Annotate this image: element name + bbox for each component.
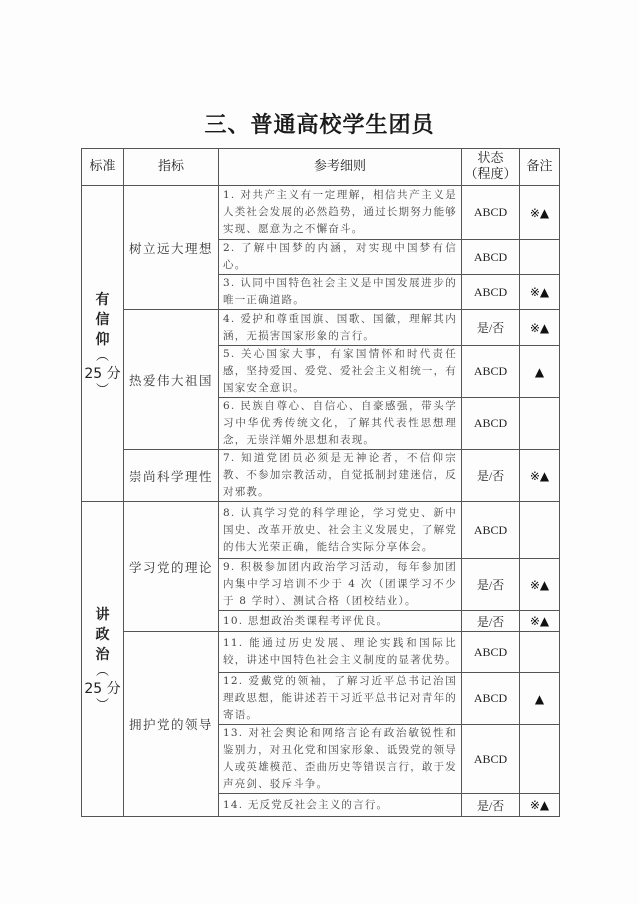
detail-cell: 8. 认真学习党的科学理论，学习党史、新中国史、改革开放史、社会主义发展史，了解…	[219, 502, 462, 559]
header-details: 参考细则	[219, 149, 462, 186]
status-cell: 是/否	[462, 611, 520, 632]
note-cell: ※▲	[520, 186, 560, 240]
table-row: 崇尚科学理性 7. 知道党团员必须是无神论者，不信仰宗教、不参加宗教活动，自觉抵…	[82, 450, 560, 502]
note-cell: ※▲	[520, 450, 560, 502]
header-indicator: 指标	[124, 149, 219, 186]
status-cell: ABCD	[462, 398, 520, 450]
indicator-cell: 拥护党的领导	[124, 632, 219, 817]
status-cell: ABCD	[462, 186, 520, 240]
detail-cell: 5. 关心国家大事，有家国情怀和时代责任感，坚持爱国、爱党、爱社会主义相统一，有…	[219, 346, 462, 398]
status-cell: 是/否	[462, 559, 520, 611]
note-cell: ※▲	[520, 794, 560, 817]
detail-cell: 13. 对社会舆论和网络言论有政治敏锐性和鉴别力，对丑化党和国家形象、诋毁党的领…	[219, 725, 462, 794]
status-cell: ABCD	[462, 346, 520, 398]
status-cell: ABCD	[462, 502, 520, 559]
detail-cell: 12. 爱戴党的领袖，了解习近平总书记治国理政思想，能讲述若干习近平总书记对青年…	[219, 673, 462, 725]
detail-cell: 4. 爱护和尊重国旗、国歌、国徽，理解其内涵，无损害国家形象的言行。	[219, 310, 462, 346]
status-cell: 是/否	[462, 794, 520, 817]
detail-cell: 9. 积极参加团内政治学习活动，每年参加团内集中学习培训不少于 4 次（团课学习…	[219, 559, 462, 611]
status-cell: ABCD	[462, 275, 520, 310]
note-cell: ▲	[520, 673, 560, 725]
table-row: 热爱伟大祖国 4. 爱护和尊重国旗、国歌、国徽，理解其内涵，无损害国家形象的言行…	[82, 310, 560, 346]
detail-cell: 1. 对共产主义有一定理解，相信共产主义是人类社会发展的必然趋势，通过长期努力能…	[219, 186, 462, 240]
status-cell: 是/否	[462, 450, 520, 502]
indicator-cell: 学习党的理论	[124, 502, 219, 632]
note-cell: ▲	[520, 346, 560, 398]
header-standard: 标准	[82, 149, 124, 186]
note-cell	[520, 398, 560, 450]
note-cell	[520, 502, 560, 559]
table-row: 讲 政 治 ︵ 25 分 ︶ 学习党的理论 8. 认真学习党的科学理论，学习党史…	[82, 502, 560, 559]
standard-cell: 讲 政 治 ︵ 25 分 ︶	[82, 502, 124, 817]
detail-cell: 11. 能通过历史发展、理论实践和国际比较，讲述中国特色社会主义制度的显著优势。	[219, 632, 462, 673]
indicator-cell: 热爱伟大祖国	[124, 310, 219, 450]
indicator-cell: 崇尚科学理性	[124, 450, 219, 502]
detail-cell: 3. 认同中国特色社会主义是中国发展进步的唯一正确道路。	[219, 275, 462, 310]
header-status: 状态（程度）	[462, 149, 520, 186]
status-cell: ABCD	[462, 725, 520, 794]
header-row: 标准 指标 参考细则 状态（程度） 备注	[82, 149, 560, 186]
status-cell: 是/否	[462, 310, 520, 346]
page-title: 三、普通高校学生团员	[0, 108, 639, 139]
evaluation-table: 标准 指标 参考细则 状态（程度） 备注 有 信 仰 ︵ 25 分 ︶ 树立远大…	[81, 148, 560, 817]
note-cell: ※▲	[520, 559, 560, 611]
status-cell: ABCD	[462, 632, 520, 673]
note-cell	[520, 632, 560, 673]
table-row: 拥护党的领导 11. 能通过历史发展、理论实践和国际比较，讲述中国特色社会主义制…	[82, 632, 560, 673]
note-cell	[520, 240, 560, 275]
indicator-cell: 树立远大理想	[124, 186, 219, 310]
standard-cell: 有 信 仰 ︵ 25 分 ︶	[82, 186, 124, 502]
note-cell	[520, 725, 560, 794]
detail-cell: 7. 知道党团员必须是无神论者，不信仰宗教、不参加宗教活动，自觉抵制封建迷信，反…	[219, 450, 462, 502]
detail-cell: 10. 思想政治类课程考评优良。	[219, 611, 462, 632]
table-row: 有 信 仰 ︵ 25 分 ︶ 树立远大理想 1. 对共产主义有一定理解，相信共产…	[82, 186, 560, 240]
note-cell: ※▲	[520, 275, 560, 310]
status-cell: ABCD	[462, 673, 520, 725]
detail-cell: 14. 无反党反社会主义的言行。	[219, 794, 462, 817]
status-cell: ABCD	[462, 240, 520, 275]
note-cell: ※▲	[520, 611, 560, 632]
header-notes: 备注	[520, 149, 560, 186]
detail-cell: 6. 民族自尊心、自信心、自豪感强，带头学习中华优秀传统文化，了解其代表性思想理…	[219, 398, 462, 450]
detail-cell: 2. 了解中国梦的内涵，对实现中国梦有信心。	[219, 240, 462, 275]
note-cell: ※▲	[520, 310, 560, 346]
